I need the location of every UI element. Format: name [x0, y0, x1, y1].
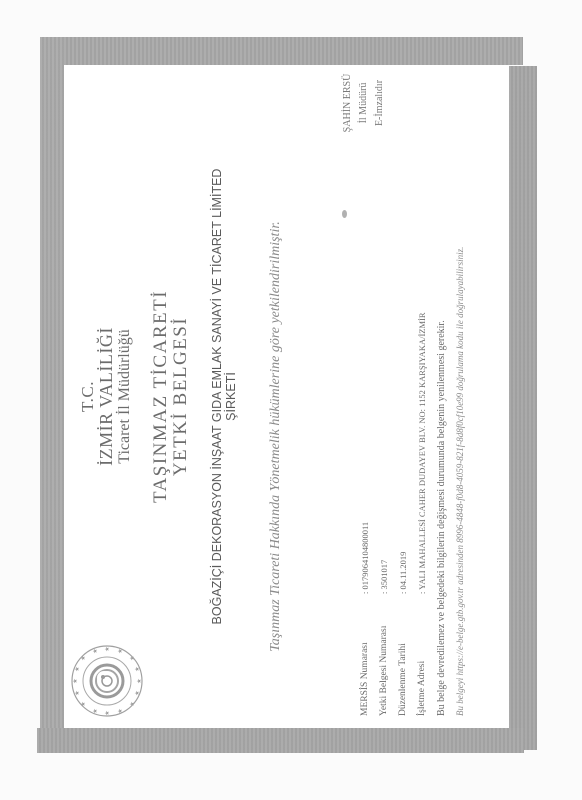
field-value: : YALI MAHALLESİ CAHER DUDAYEV BLV. NO: …: [417, 312, 427, 594]
header-tc: T.C.: [78, 65, 98, 728]
svg-text:★: ★: [74, 690, 81, 695]
certificate-content: T.C. İZMİR VALİLİĞİ Ticaret İl Müdürlüğü…: [64, 65, 509, 728]
svg-text:★: ★: [134, 666, 141, 671]
field-issue-date: Düzenlenme Tarihi : 04.11.2019: [398, 76, 417, 716]
company-name-line1: BOĞAZİÇİ DEKORASYON İNŞAAT GIDA EMLAK SA…: [210, 65, 224, 728]
field-mersis: MERSİS Numarası : 0179064104800011: [360, 76, 379, 716]
svg-text:★: ★: [80, 701, 87, 706]
svg-text:★: ★: [136, 678, 143, 683]
field-value: : 3501017: [379, 560, 389, 594]
svg-text:★: ★: [129, 701, 136, 706]
svg-text:★: ★: [104, 710, 111, 715]
header-directorate: Ticaret İl Müdürlüğü: [116, 65, 134, 728]
field-value: : 04.11.2019: [398, 552, 408, 594]
svg-text:★: ★: [104, 646, 111, 651]
field-label: Düzenlenme Tarihi: [398, 596, 408, 716]
svg-text:★: ★: [134, 690, 141, 695]
svg-text:★: ★: [129, 655, 136, 660]
scan-border-right: [509, 66, 537, 750]
svg-text:★: ★: [72, 678, 79, 683]
signer-name: ŞAHİN ERSÜ: [340, 68, 356, 138]
field-business-address: İşletme Adresi : YALI MAHALLESİ CAHER DU…: [417, 76, 436, 716]
svg-text:★: ★: [92, 708, 99, 713]
field-value: : 0179064104800011: [360, 522, 370, 594]
verification-note: Bu belgeyi https://e-belge.gtb.gov.tr ad…: [455, 76, 465, 716]
header-governorship: İZMİR VALİLİĞİ: [96, 65, 117, 728]
svg-text:★: ★: [80, 655, 87, 660]
scan-border-left: [40, 37, 64, 752]
transfer-note: Bu belge devredilemez ve belgedeki bilgi…: [436, 76, 455, 716]
field-label: Yetki Belgesi Numarası: [379, 596, 389, 716]
field-certificate-number: Yetki Belgesi Numarası : 3501017: [379, 76, 398, 716]
svg-text:★: ★: [117, 648, 124, 653]
field-label: MERSİS Numarası: [360, 596, 370, 716]
certificate-fields: MERSİS Numarası : 0179064104800011 Yetki…: [360, 76, 465, 716]
company-name-line2: ŞİRKETİ: [224, 65, 238, 728]
ministry-of-trade-seal-icon: ★★ ★★ ★★ ★★ ★★ ★★ ★★ ★★: [70, 644, 144, 718]
svg-text:★: ★: [117, 708, 124, 713]
certificate-title-line2: YETKİ BELGESİ: [170, 65, 192, 728]
svg-text:★: ★: [92, 648, 99, 653]
scan-border-top: [40, 37, 523, 65]
field-label: İşletme Adresi: [417, 596, 427, 716]
certificate-title-line1: TAŞINMAZ TİCARETİ: [150, 65, 172, 728]
scan-speck: [342, 210, 347, 218]
svg-text:★: ★: [74, 666, 81, 671]
authorization-statement: Taşınmaz Ticareti Hakkında Yönetmelik hü…: [268, 105, 284, 768]
